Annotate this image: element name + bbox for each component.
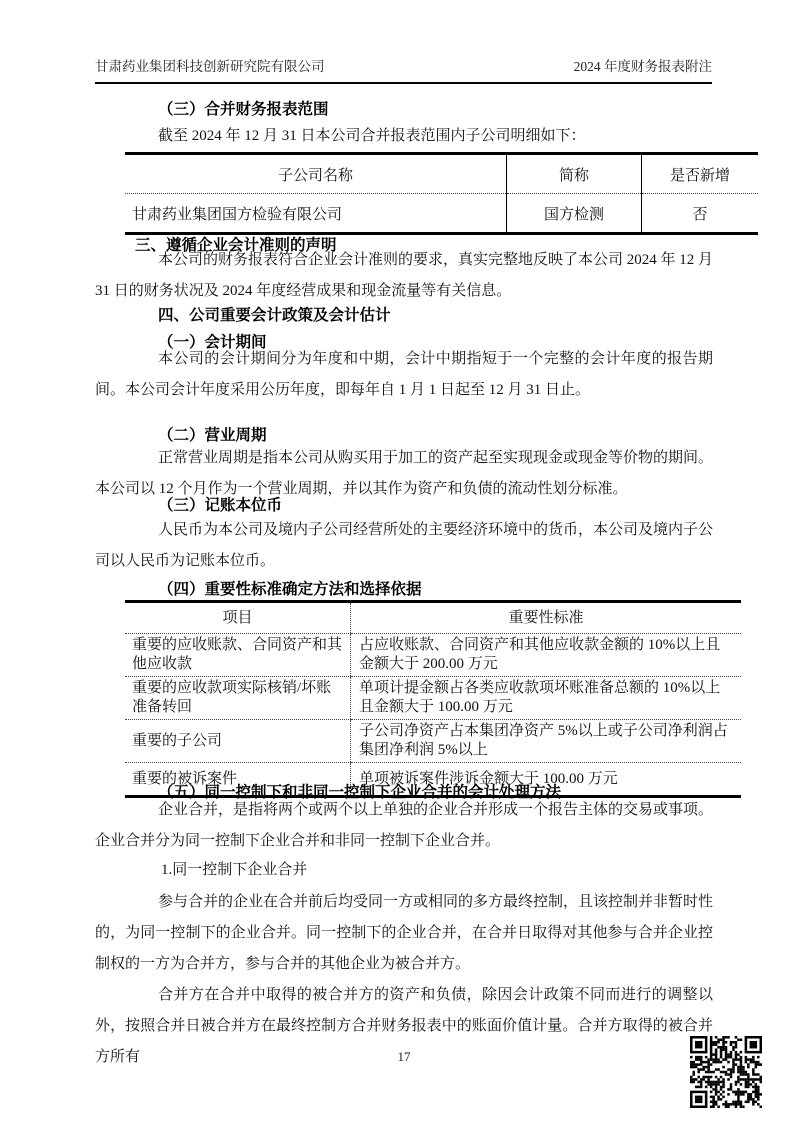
page-number: 17	[95, 1049, 713, 1065]
header-doc-title: 2024 年度财务报表附注	[574, 57, 712, 77]
cell-standard: 子公司净资产占本集团净资产 5%以上或子公司净利润占集团净利润 5%以上	[351, 720, 742, 763]
heading-consolidation-scope: （三）合并财务报表范围	[95, 100, 776, 119]
cell-item: 重要的应收款项实际核销/坏账准备转回	[125, 677, 351, 720]
table-header-row: 项目 重要性标准	[125, 602, 741, 634]
table-row: 重要的子公司 子公司净资产占本集团净资产 5%以上或子公司净利润占集团净利润 5…	[125, 720, 741, 763]
cell-short-name: 国方检测	[507, 194, 642, 234]
table-row: 重要的应收款项实际核销/坏账准备转回 单项计提金额占各类应收款项坏账准备总额的 …	[125, 677, 741, 720]
header-rule	[95, 82, 712, 84]
heading-materiality-criteria: （四）重要性标准确定方法和选择依据	[95, 580, 776, 599]
table-row: 重要的应收账款、合同资产和其他应收款 占应收账款、合同资产和其他应收款金额的 1…	[125, 634, 741, 677]
materiality-table: 项目 重要性标准 重要的应收账款、合同资产和其他应收款 占应收账款、合同资产和其…	[125, 600, 741, 798]
para-scope-intro: 截至 2024 年 12 月 31 日本公司合并报表范围内子公司明细如下：	[95, 124, 713, 148]
table-header-row: 子公司名称 简称 是否新增	[125, 154, 758, 194]
para-functional-currency: 人民币为本公司及境内子公司经营所处的主要经济环境中的货币，本公司及境内子公司以人…	[95, 515, 713, 577]
subheading-same-control: 1.同一控制下企业合并	[95, 858, 713, 882]
document-page: 甘肃药业集团科技创新研究院有限公司 2024 年度财务报表附注 （三）合并财务报…	[0, 0, 794, 1123]
cell-standard: 占应收账款、合同资产和其他应收款金额的 10%以上且金额大于 200.00 万元	[351, 634, 742, 677]
para-accounting-period: 本公司的会计期间分为年度和中期，会计中期指短于一个完整的会计年度的报告期间。本公…	[95, 344, 713, 406]
header-company-name: 甘肃药业集团科技创新研究院有限公司	[95, 57, 325, 77]
col-header-short-name: 简称	[507, 154, 642, 194]
qr-code	[690, 1036, 762, 1108]
cell-subsidiary-name: 甘肃药业集团国方检验有限公司	[125, 194, 507, 234]
para-same-control: 参与合并的企业在合并前后均受同一方或相同的多方最终控制，且该控制并非暂时性的，为…	[95, 887, 713, 980]
table-row: 甘肃药业集团国方检验有限公司 国方检测 否	[125, 194, 758, 234]
cell-item: 重要的子公司	[125, 720, 351, 763]
heading-accounting-policies: 四、公司重要会计政策及会计估计	[95, 306, 776, 325]
col-header-subsidiary-name: 子公司名称	[125, 154, 507, 194]
heading-functional-currency: （三）记账本位币	[95, 496, 776, 515]
subsidiaries-table: 子公司名称 简称 是否新增 甘肃药业集团国方检验有限公司 国方检测 否	[125, 152, 758, 235]
para-combination-intro: 企业合并，是指将两个或两个以上单独的企业合并形成一个报告主体的交易或事项。企业合…	[95, 795, 713, 857]
col-header-is-new: 是否新增	[642, 154, 759, 194]
cell-standard: 单项计提金额占各类应收款项坏账准备总额的 10%以上且金额大于 100.00 万…	[351, 677, 742, 720]
col-header-standard: 重要性标准	[351, 602, 742, 634]
para-compliance: 本公司的财务报表符合企业会计准则的要求，真实完整地反映了本公司 2024 年 1…	[95, 245, 713, 307]
cell-item: 重要的应收账款、合同资产和其他应收款	[125, 634, 351, 677]
col-header-item: 项目	[125, 602, 351, 634]
cell-is-new: 否	[642, 194, 759, 234]
